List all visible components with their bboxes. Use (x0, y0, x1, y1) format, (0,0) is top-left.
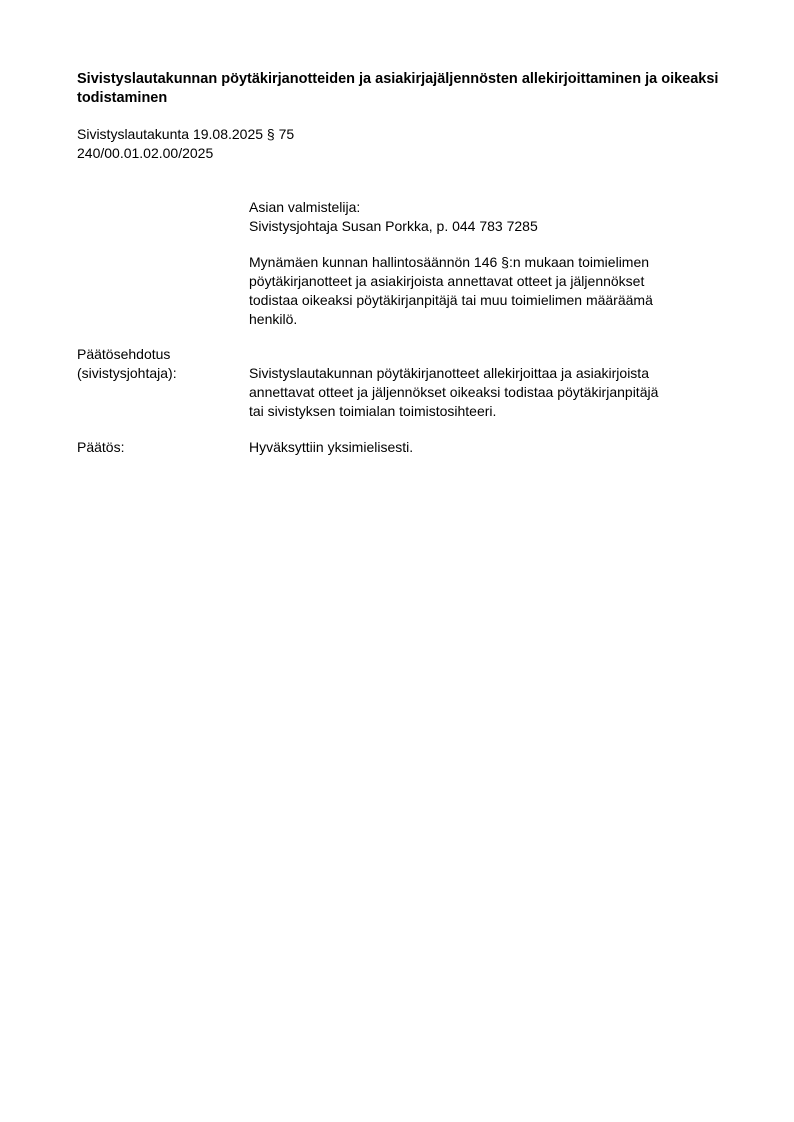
description-line: pöytäkirjanotteet ja asiakirjoista annet… (249, 272, 644, 291)
preparer-label: Asian valmistelija: (249, 198, 360, 217)
description-line: henkilö. (249, 310, 297, 329)
document-title: Sivistyslautakunnan pöytäkirjanotteiden … (77, 70, 727, 108)
description-line: todistaa oikeaksi pöytäkirjanpitäjä tai … (249, 291, 653, 310)
proposal-line: tai sivistyksen toimialan toimistosihtee… (249, 402, 496, 421)
description-line: Mynämäen kunnan hallintosäännön 146 §:n … (249, 253, 649, 272)
proposal-line: Sivistyslautakunnan pöytäkirjanotteet al… (249, 364, 649, 383)
proposal-line: annettavat otteet ja jäljennökset oikeak… (249, 383, 658, 402)
preparer-value: Sivistysjohtaja Susan Porkka, p. 044 783… (249, 217, 538, 236)
meeting-line: Sivistyslautakunta 19.08.2025 § 75 (77, 125, 294, 144)
decision-value: Hyväksyttiin yksimielisesti. (249, 438, 413, 457)
record-number: 240/00.01.02.00/2025 (77, 144, 213, 163)
decision-label: Päätös: (77, 438, 124, 457)
proposal-label-role: (sivistysjohtaja): (77, 364, 177, 383)
proposal-label: Päätösehdotus (77, 345, 170, 364)
